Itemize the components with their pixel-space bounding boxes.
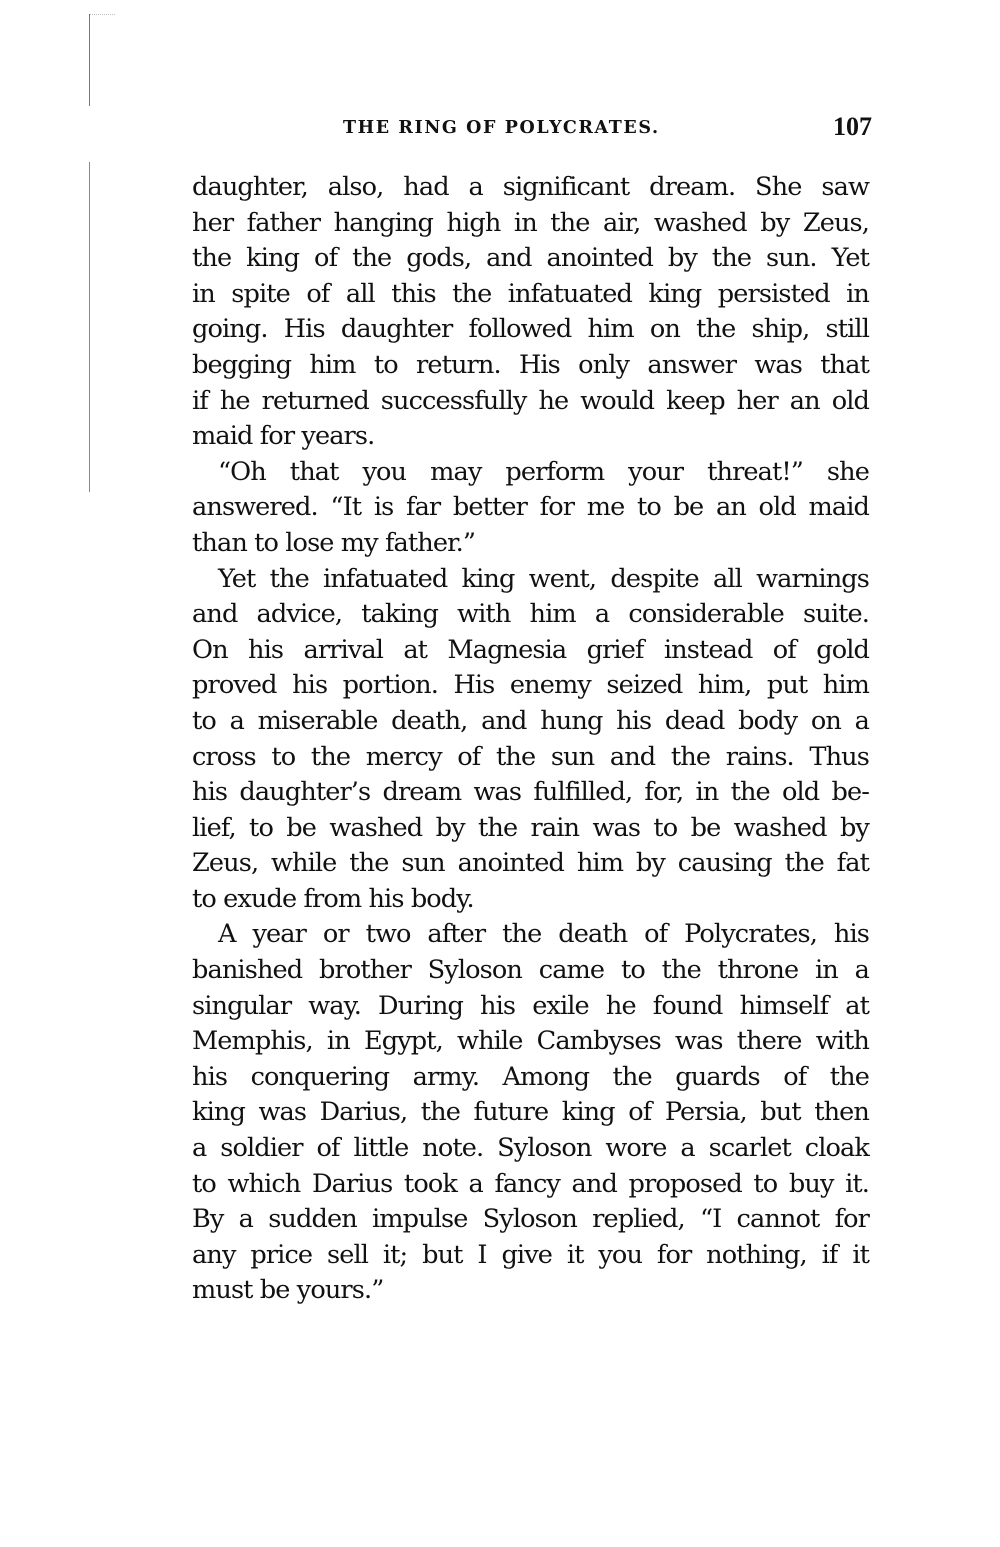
- text-line: if he returned successfully he would kee…: [192, 384, 869, 420]
- text-line: By a sudden impulse Syloson replied, “I …: [192, 1202, 869, 1238]
- text-line: and advice, taking with him a considerab…: [192, 597, 869, 633]
- text-line: proved his portion. His enemy seized him…: [192, 668, 869, 704]
- text-line: the king of the gods, and anointed by th…: [192, 241, 869, 277]
- text-line: daughter, also, had a significant dream.…: [192, 170, 869, 206]
- text-line: to which Darius took a fancy and propose…: [192, 1167, 869, 1203]
- text-line: a soldier of little note. Syloson wore a…: [192, 1131, 869, 1167]
- paragraph: Yet the infatuated king went, despite al…: [192, 562, 869, 918]
- text-line: A year or two after the death of Polycra…: [192, 917, 869, 953]
- paragraph: daughter, also, had a significant dream.…: [192, 170, 869, 455]
- text-line: in spite of all this the infatuated king…: [192, 277, 869, 313]
- text-line: Yet the infatuated king went, despite al…: [192, 562, 869, 598]
- scan-artifact-corner: [89, 14, 115, 21]
- text-line: Memphis, in Egypt, while Cambyses was th…: [192, 1024, 869, 1060]
- scan-artifact-edge-line: [89, 14, 90, 106]
- text-line: to exude from his body.: [192, 882, 869, 918]
- running-head: THE RING OF POLYCRATES. 107: [190, 112, 872, 152]
- text-line: On his arrival at Magnesia grief instead…: [192, 633, 869, 669]
- text-line: singular way. During his exile he found …: [192, 989, 869, 1025]
- text-line: maid for years.: [192, 419, 869, 455]
- text-line: must be yours.”: [192, 1273, 869, 1309]
- text-line: king was Darius, the future king of Pers…: [192, 1095, 869, 1131]
- running-title: THE RING OF POLYCRATES.: [343, 118, 660, 138]
- text-line: his daughter’s dream was fulfilled, for,…: [192, 775, 869, 811]
- text-line: lief, to be washed by the rain was to be…: [192, 811, 869, 847]
- text-line: cross to the mercy of the sun and the ra…: [192, 740, 869, 776]
- text-line: “Oh that you may perform your threat!” s…: [192, 455, 869, 491]
- text-line: Zeus, while the sun anointed him by caus…: [192, 846, 869, 882]
- text-line: her father hanging high in the air, wash…: [192, 206, 869, 242]
- text-line: to a miserable death, and hung his dead …: [192, 704, 869, 740]
- scan-artifact-edge-line: [89, 162, 90, 492]
- text-line: his conquering army. Among the guards of…: [192, 1060, 869, 1096]
- paragraph: A year or two after the death of Polycra…: [192, 917, 869, 1309]
- text-line: going. His daughter followed him on the …: [192, 312, 869, 348]
- page-body: daughter, also, had a significant dream.…: [192, 170, 869, 1309]
- text-line: begging him to return. His only answer w…: [192, 348, 869, 384]
- paragraph: “Oh that you may perform your threat!” s…: [192, 455, 869, 562]
- text-line: answered. “It is far better for me to be…: [192, 490, 869, 526]
- text-line: banished brother Syloson came to the thr…: [192, 953, 869, 989]
- page-number: 107: [833, 112, 872, 142]
- text-line: than to lose my father.”: [192, 526, 869, 562]
- text-line: any price sell it; but I give it you for…: [192, 1238, 869, 1274]
